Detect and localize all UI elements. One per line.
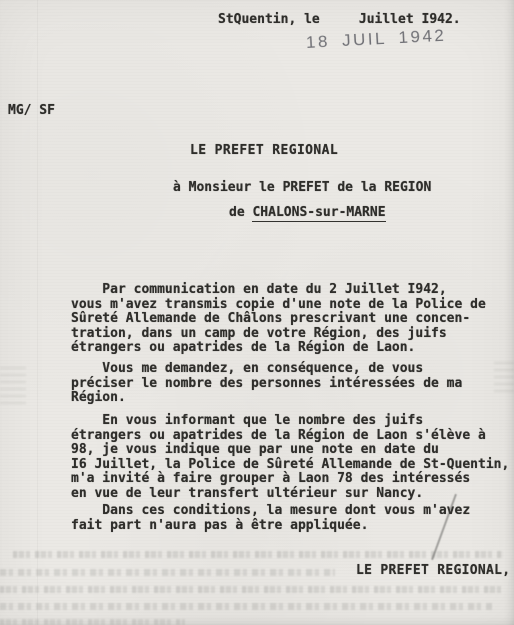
paper-fold-line [37, 0, 38, 625]
recipient-prefix: de [229, 205, 252, 220]
sender-title: LE PREFET REGIONAL [190, 144, 338, 159]
date-stamp: 18 JUIL 1942 [305, 26, 446, 53]
showthrough-text-line [0, 586, 505, 593]
showthrough-margin-left [0, 366, 26, 404]
body-paragraph-2: Vous me demandez, en conséquence, de vou… [71, 362, 462, 406]
recipient-city: CHALONS-sur-MARNE [252, 205, 385, 222]
body-paragraph-3: En vous informant que le nombre des juif… [71, 414, 509, 502]
recipient-city-line: de CHALONS-sur-MARNE [229, 206, 386, 221]
showthrough-text-line [0, 603, 492, 610]
showthrough-text-line [0, 569, 335, 576]
body-paragraph-1: Par communication en date du 2 Juillet I… [71, 283, 486, 356]
showthrough-text-line [0, 619, 185, 625]
body-paragraph-4: Dans ces conditions, la mesure dont vous… [71, 504, 470, 533]
scanned-letter-page: StQuentin, le Juillet I942. 18 JUIL 1942… [0, 0, 514, 625]
recipient-intro: à Monsieur le PREFET de la REGION [173, 181, 431, 196]
dateline: StQuentin, le Juillet I942. [218, 13, 461, 28]
reference-initials: MG/ SF [8, 104, 55, 119]
showthrough-margin-right [494, 362, 514, 392]
showthrough-text-line [13, 551, 503, 558]
signature-title: LE PREFET REGIONAL, [356, 564, 510, 579]
